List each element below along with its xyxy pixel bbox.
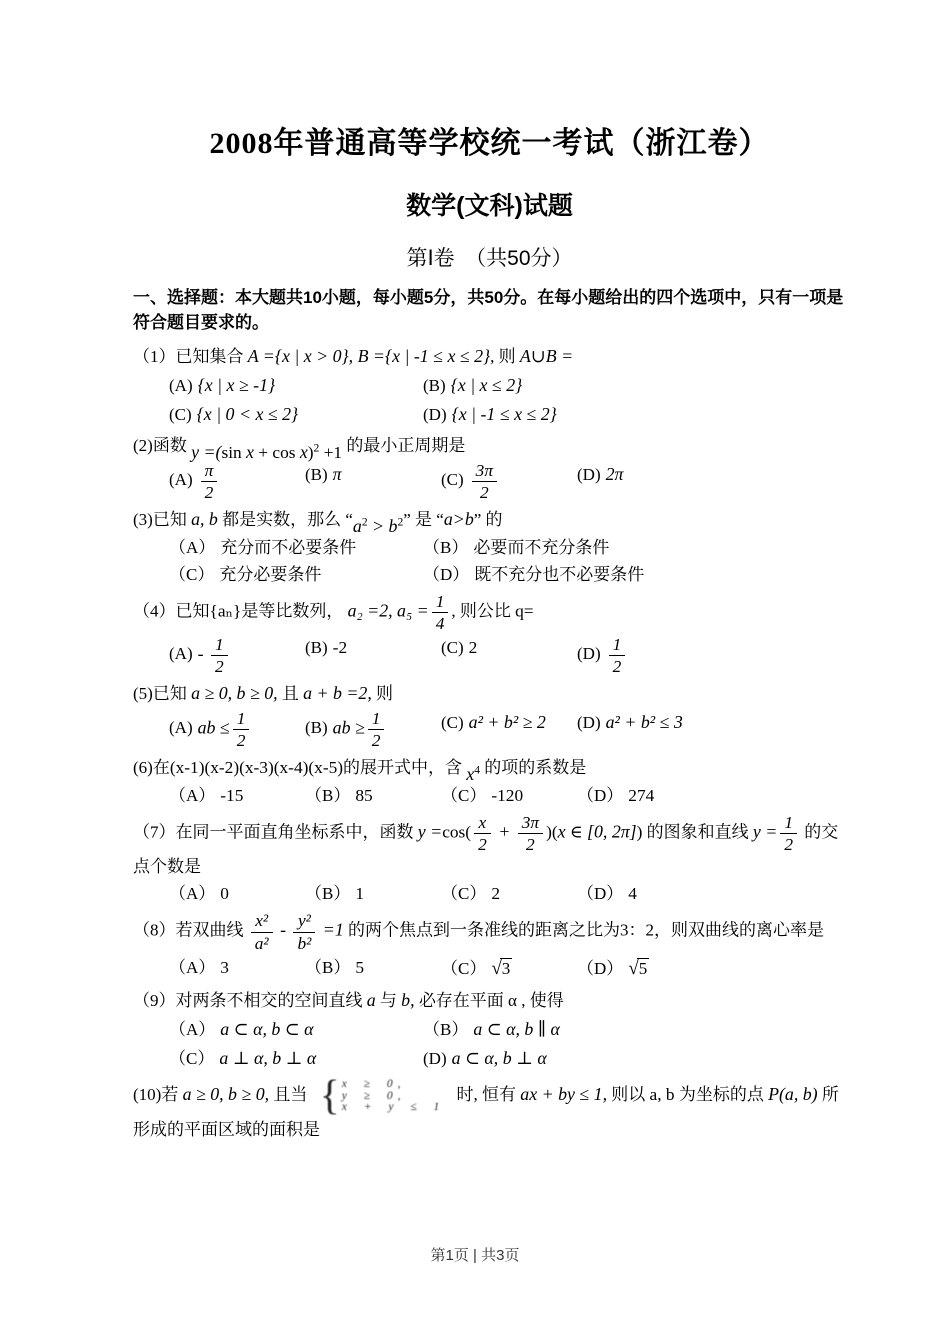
math-group: y =(sin x + cos x)2 +1: [191, 439, 342, 466]
option-A: (A)- 12: [169, 635, 301, 676]
math-text: a ⊂ α, b ⊥ α: [452, 1048, 547, 1068]
option-C: （C）-120: [441, 783, 573, 809]
upright-text: +1: [319, 443, 342, 462]
option-label: （C）: [169, 1049, 214, 1068]
question-stem: (3)已知 a, b 都是实数，那么 “a2 > b2” 是 “a>b” 的: [133, 506, 846, 533]
math-text: a ⊂ α, b ∥ α: [473, 1019, 560, 1039]
question-4: （4）已知{aₙ}是等比数列， a₂ =2, a₅ =14, 则公比 q=(A)…: [133, 592, 846, 676]
question-stem: (10)若 a ≥ 0, b ≥ 0, 且当 {x ≥ 0,y ≥ 0,x + …: [133, 1075, 846, 1143]
option-B: （B）1: [305, 881, 437, 907]
text-run: 为坐标的点: [675, 1085, 769, 1104]
option-B: （B）a ⊂ α, b ∥ α: [423, 1016, 673, 1043]
text-run: 充分必要条件: [219, 565, 321, 584]
text-run: 且当: [269, 1085, 312, 1104]
text-run: 的图象和直线: [642, 822, 753, 841]
option-A: （A）0: [169, 881, 301, 907]
option-row: （C）a ⊥ α, b ⊥ α(D)a ⊂ α, b ⊥ α: [169, 1045, 846, 1072]
math-text: {x | -1 ≤ x ≤ 2}: [452, 404, 557, 424]
sqrt-expression: √3: [491, 959, 512, 978]
page-subtitle: 数学(文科)试题: [133, 186, 846, 222]
option-C: （C）2: [441, 881, 573, 907]
option-A: （A）3: [169, 955, 301, 981]
fraction: 12: [211, 635, 228, 676]
fraction: x²a²: [251, 911, 273, 952]
math-text: a: [353, 516, 362, 536]
option-D: (D)12: [577, 635, 709, 676]
text-run: (3)已知: [133, 510, 191, 529]
text-run: (5)已知: [133, 684, 191, 703]
option-label: (D): [423, 1049, 447, 1068]
exam-page: 2008年普通高等学校统一考试（浙江卷） 数学(文科)试题 第Ⅰ卷 （共50分）…: [0, 0, 950, 1344]
math-text: ax + by ≤ 1,: [520, 1084, 607, 1104]
fraction: 14: [432, 592, 449, 633]
option-C: (C)2: [441, 635, 573, 661]
option-label: (D): [423, 405, 447, 424]
section-instructions: 一、选择题：本大题共10小题，每小题5分，共50分。在每小题给出的四个选项中，只…: [133, 286, 846, 335]
option-label: （A）: [169, 958, 215, 977]
option-label: (A): [169, 644, 193, 663]
math-text: y =(: [191, 442, 221, 462]
option-label: (A): [169, 376, 193, 395]
option-A: (A){x | x ≥ -1}: [169, 372, 419, 399]
upright-text: + cos: [254, 443, 300, 462]
option-B: (B){x | x ≤ 2}: [423, 372, 673, 399]
text-run: , 则: [490, 347, 520, 366]
upright-text: 5: [355, 958, 364, 977]
upright-text: 0: [220, 884, 229, 903]
option-label: (C): [441, 638, 464, 657]
math-group: a2 > b2: [353, 513, 403, 540]
question-8: （8）若双曲线 x²a² - y²b² =1 的两个焦点到一条准线的距离之比为3…: [133, 911, 846, 983]
option-label: （C）: [441, 786, 486, 805]
text-run: 则以: [607, 1085, 650, 1104]
math-text: x: [558, 821, 566, 841]
text-run: 与: [376, 991, 402, 1010]
math-text: x: [466, 764, 474, 784]
option-label: （D）: [423, 565, 469, 584]
math-text: a + b =2,: [303, 683, 372, 703]
option-row: (A)ab ≤12(B)ab ≥12(C)a² + b² ≥ 2(D)a² + …: [169, 709, 846, 750]
upright-text: 2: [469, 638, 478, 657]
text-run: （9）对两条不相交的空间直线: [133, 991, 367, 1010]
question-stem: （1）已知集合 A ={x | x > 0}, B ={x | -1 ≤ x ≤…: [133, 343, 846, 370]
question-list: （1）已知集合 A ={x | x > 0}, B ={x | -1 ≤ x ≤…: [133, 343, 846, 1143]
option-row: （A）充分而不必要条件（B）必要而不充分条件: [169, 535, 846, 561]
question-5: (5)已知 a ≥ 0, b ≥ 0, 且 a + b =2, 则(A)ab ≤…: [133, 680, 846, 750]
upright-text: 4: [628, 884, 637, 903]
math-text: A ={x | x > 0}, B ={x | -1 ≤ x ≤ 2}: [248, 346, 490, 366]
fraction: x2: [474, 813, 491, 854]
question-stem: （8）若双曲线 x²a² - y²b² =1 的两个焦点到一条准线的距离之比为3…: [133, 911, 846, 952]
math-text: 2π: [606, 464, 624, 484]
math-text: ab ≥: [333, 717, 365, 737]
option-row: （C）充分必要条件（D）既不充分也不必要条件: [169, 562, 846, 588]
math-text: =1: [318, 920, 343, 940]
option-B: (B)-2: [305, 635, 437, 661]
option-label: （A）: [169, 538, 215, 557]
upright-text: )(: [546, 822, 558, 841]
question-1: （1）已知集合 A ={x | x > 0}, B ={x | -1 ≤ x ≤…: [133, 343, 846, 427]
inequality-system: {x ≥ 0,y ≥ 0,x + y ≤ 1: [320, 1075, 445, 1117]
fraction: 12: [368, 709, 385, 750]
fraction: 3π2: [518, 813, 543, 854]
text-run: 必要而不充分条件: [473, 538, 609, 557]
text-run: 的项的系数是: [480, 758, 586, 777]
upright-text: a, b: [650, 1085, 675, 1104]
math-text: {x | 0 < x ≤ 2}: [197, 404, 298, 424]
option-label: （B）: [305, 884, 350, 903]
option-label: （D）: [577, 959, 623, 978]
upright-text: -120: [491, 786, 523, 805]
option-D: （D）√5: [577, 955, 709, 984]
text-run: 既不充分也不必要条件: [474, 565, 644, 584]
upright-text: sin: [221, 443, 246, 462]
option-row: （A）a ⊂ α, b ⊂ α（B）a ⊂ α, b ∥ α: [169, 1016, 846, 1043]
math-text: a>b: [444, 509, 474, 529]
math-text: x: [300, 442, 308, 462]
math-text: y =: [418, 821, 442, 841]
section-heading: 第Ⅰ卷 （共50分）: [133, 242, 846, 272]
text-run: （8）若双曲线: [133, 921, 248, 940]
option-D: (D){x | -1 ≤ x ≤ 2}: [423, 401, 673, 428]
upright-text: 3: [220, 958, 229, 977]
option-label: (D): [577, 644, 601, 663]
text-run: （7）在同一平面直角坐标系中，函数: [133, 822, 418, 841]
option-label: (C): [169, 405, 192, 424]
text-run: 的两个焦点到一条准线的距离之比为3：2，则双曲线的离心率是: [344, 921, 824, 940]
option-label: （D）: [577, 884, 623, 903]
upright-text: 85: [355, 786, 372, 805]
option-B: (B)ab ≥12: [305, 709, 437, 750]
option-label: (B): [305, 718, 328, 737]
option-C: (C)a² + b² ≥ 2: [441, 709, 573, 736]
option-label: (B): [423, 376, 446, 395]
fraction: y²b²: [293, 911, 315, 952]
option-C: （C）充分必要条件: [169, 562, 419, 588]
upright-text: cos(: [442, 822, 471, 841]
fraction: 12: [609, 635, 626, 676]
option-row: (A)π2(B)π(C)3π2(D)2π: [169, 461, 846, 502]
text-run: 是等比数列，: [241, 601, 347, 620]
option-B: （B）85: [305, 783, 437, 809]
option-label: （B）: [423, 1020, 468, 1039]
math-text: a ≥ 0, b ≥ 0,: [183, 1084, 270, 1104]
option-label: （C）: [441, 884, 486, 903]
option-label: （C）: [441, 959, 486, 978]
math-text: -: [198, 643, 208, 663]
option-row: （A）0（B）1（C）2（D）4: [169, 881, 846, 907]
sqrt-expression: √5: [628, 959, 649, 978]
option-label: (D): [577, 465, 601, 484]
upright-text: {aₙ}: [210, 601, 242, 620]
option-label: (C): [441, 713, 464, 732]
option-row: (A){x | x ≥ -1}(B){x | x ≤ 2}: [169, 372, 846, 399]
option-row: （A）-15（B）85（C）-120（D）274: [169, 783, 846, 809]
question-3: (3)已知 a, b 都是实数，那么 “a2 > b2” 是 “a>b” 的（A…: [133, 506, 846, 588]
page-footer: 第1页 | 共3页: [0, 1244, 950, 1265]
option-label: （A）: [169, 786, 215, 805]
upright-text: q=: [515, 601, 533, 620]
upright-text: -15: [220, 786, 243, 805]
option-C: （C）a ⊥ α, b ⊥ α: [169, 1045, 419, 1072]
option-C: （C）√3: [441, 955, 573, 984]
math-text: a² + b² ≥ 2: [469, 712, 546, 732]
option-D: (D)2π: [577, 461, 709, 488]
page-number: 第1页 | 共3页: [431, 1247, 520, 1264]
option-D: (D)a ⊂ α, b ⊥ α: [423, 1045, 673, 1072]
math-text: +: [494, 821, 515, 841]
text-run: ” 是 “: [403, 510, 444, 529]
option-label: （D）: [577, 786, 623, 805]
question-10: (10)若 a ≥ 0, b ≥ 0, 且当 {x ≥ 0,y ≥ 0,x + …: [133, 1075, 846, 1143]
option-A: (A)ab ≤12: [169, 709, 301, 750]
question-stem: (6)在(x-1)(x-2)(x-3)(x-4)(x-5)的展开式中，含 x4 …: [133, 754, 846, 781]
text-run: 且: [278, 684, 304, 703]
math-text: {x | x ≤ 2}: [451, 375, 523, 395]
option-row: （A）3（B）5（C）√3（D）√5: [169, 955, 846, 984]
upright-text: 1: [355, 884, 364, 903]
math-text: [0, 2π]: [587, 821, 637, 841]
option-label: (B): [305, 638, 328, 657]
question-7: （7）在同一平面直角坐标系中，函数 y =cos(x2 + 3π2)(x ∈ […: [133, 813, 846, 908]
math-text: a: [367, 990, 376, 1010]
option-row: (C){x | 0 < x ≤ 2}(D){x | -1 ≤ x ≤ 2}: [169, 401, 846, 428]
math-text: -: [276, 920, 291, 940]
math-text: a ≥ 0, b ≥ 0,: [191, 683, 278, 703]
option-label: （B）: [423, 538, 468, 557]
option-A: (A)π2: [169, 461, 301, 502]
option-A: （A）a ⊂ α, b ⊂ α: [169, 1016, 419, 1043]
math-text: a² + b² ≤ 3: [606, 712, 683, 732]
option-label: (A): [169, 718, 193, 737]
superscript: 4: [474, 764, 480, 777]
text-run: 都是实数，那么 “: [218, 510, 353, 529]
option-D: (D)a² + b² ≤ 3: [577, 709, 709, 736]
question-2: (2)函数 y =(sin x + cos x)2 +1 的最小正周期是(A)π…: [133, 432, 846, 502]
text-run: , 则公比: [451, 601, 515, 620]
question-stem: （7）在同一平面直角坐标系中，函数 y =cos(x2 + 3π2)(x ∈ […: [133, 813, 846, 880]
text-run: （4）已知: [133, 601, 210, 620]
text-run: 必存在平面 α , 使得: [415, 991, 564, 1010]
math-group: x4: [466, 761, 480, 788]
question-9: （9）对两条不相交的空间直线 a 与 b, 必存在平面 α , 使得（A）a ⊂…: [133, 987, 846, 1071]
option-label: (B): [305, 465, 328, 484]
page-title: 2008年普通高等学校统一考试（浙江卷）: [133, 118, 846, 162]
math-text: {x | x ≥ -1}: [198, 375, 276, 395]
math-text: A∪B =: [520, 346, 573, 366]
option-label: (C): [441, 470, 464, 489]
superscript: 2: [397, 516, 403, 529]
text-run: (10)若: [133, 1085, 183, 1104]
text-run: 的展开式中，含: [343, 758, 466, 777]
upright-text: 2: [491, 884, 500, 903]
text-run: 充分而不必要条件: [220, 538, 356, 557]
option-C: (C)3π2: [441, 461, 573, 502]
math-text: a ⊥ α, b ⊥ α: [219, 1048, 316, 1068]
math-text: b,: [401, 990, 414, 1010]
option-B: （B）必要而不充分条件: [423, 535, 673, 561]
math-text: ab ≤: [198, 717, 230, 737]
option-D: （D）既不充分也不必要条件: [423, 562, 673, 588]
upright-text: 274: [628, 786, 654, 805]
text-run: 时, 恒有: [452, 1085, 520, 1104]
option-C: (C){x | 0 < x ≤ 2}: [169, 401, 419, 428]
option-label: （B）: [305, 786, 350, 805]
option-A: （A）-15: [169, 783, 301, 809]
option-label: (D): [577, 713, 601, 732]
question-stem: （9）对两条不相交的空间直线 a 与 b, 必存在平面 α , 使得: [133, 987, 846, 1014]
math-text: a, b: [191, 509, 218, 529]
option-D: （D）4: [577, 881, 709, 907]
option-label: （B）: [305, 958, 350, 977]
text-run: （1）已知集合: [133, 347, 248, 366]
upright-text: (x-1)(x-2)(x-3)(x-4)(x-5): [170, 758, 343, 777]
math-text: π: [333, 464, 342, 484]
fraction: 12: [233, 709, 250, 750]
question-stem: (5)已知 a ≥ 0, b ≥ 0, 且 a + b =2, 则: [133, 680, 846, 707]
text-run: (2)函数: [133, 436, 191, 455]
question-stem: (2)函数 y =(sin x + cos x)2 +1 的最小正周期是: [133, 432, 846, 459]
option-label: （A）: [169, 1020, 215, 1039]
question-stem: （4）已知{aₙ}是等比数列， a₂ =2, a₅ =14, 则公比 q=: [133, 592, 846, 633]
math-text: x: [246, 442, 254, 462]
option-label: （A）: [169, 884, 215, 903]
math-text: > b: [368, 516, 398, 536]
math-text: P(a, b): [768, 1084, 818, 1104]
text-run: 的最小正周期是: [342, 436, 465, 455]
question-6: (6)在(x-1)(x-2)(x-3)(x-4)(x-5)的展开式中，含 x4 …: [133, 754, 846, 809]
option-B: （B）5: [305, 955, 437, 981]
math-text: a₂ =2, a₅ =: [348, 600, 429, 620]
upright-text: -2: [333, 638, 347, 657]
text-run: 则: [372, 684, 393, 703]
option-row: (A)- 12(B)-2(C)2(D)12: [169, 635, 846, 676]
fraction: 12: [780, 813, 797, 854]
option-label: (A): [169, 470, 193, 489]
math-text: a ⊂ α, b ⊂ α: [220, 1019, 313, 1039]
fraction: 3π2: [472, 461, 497, 502]
fraction: π2: [201, 461, 218, 502]
math-text: y =: [753, 821, 777, 841]
option-label: （C）: [169, 565, 214, 584]
text-run: (6)在: [133, 758, 170, 777]
upright-text: ∈: [566, 822, 588, 841]
text-run: ” 的: [474, 510, 503, 529]
option-D: （D）274: [577, 783, 709, 809]
